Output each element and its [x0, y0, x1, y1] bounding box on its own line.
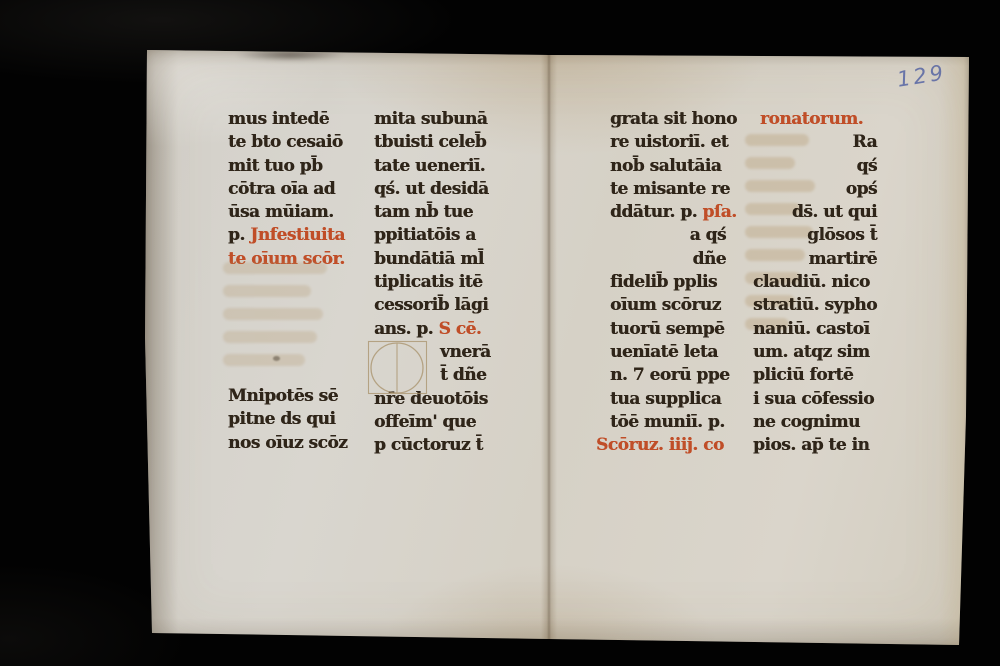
text-segment: p cūctoruz t̄ — [374, 435, 483, 455]
text-segment: tam nb̄ tue — [374, 202, 473, 222]
text-segment: claudiū. nico — [753, 272, 870, 292]
text-segment: cessorib̄ lāgi — [374, 295, 488, 315]
manuscript-text-line: stratiū. sypho — [753, 294, 893, 317]
manuscript-text-line: Scōruz. iiij. co — [596, 434, 742, 457]
folio-number: 129 — [895, 60, 947, 91]
manuscript-text-line: tam nb̄ tue — [374, 201, 546, 224]
text-segment: re uistoriī. et — [610, 132, 728, 152]
manuscript-text-line: opś — [753, 178, 893, 201]
manuscript-text-line: tiplicatis itē — [374, 271, 546, 294]
top-edge-smudge — [235, 49, 345, 61]
text-segment: ans. p. — [374, 319, 439, 339]
text-segment: i sua cōfessio — [753, 389, 874, 409]
manuscript-text-line: fidelib̄ pplis — [610, 271, 742, 294]
text-segment: pliciū fortē — [753, 365, 853, 385]
show-through-row — [223, 331, 317, 343]
text-segment: oīum scōruz — [610, 295, 721, 315]
manuscript-text-line: pliciū fortē — [753, 364, 893, 387]
manuscript-text-line: ronatorum. — [753, 108, 893, 131]
text-segment: te misante re — [610, 179, 730, 199]
text-segment: pitne ds qui — [228, 409, 335, 429]
manuscript-text-line: tuorū sempē — [610, 318, 742, 341]
text-segment: Jnfestiuita — [250, 225, 345, 245]
text-segment: tua supplica — [610, 389, 721, 409]
manuscript-text-line: re uistoriī. et — [610, 131, 742, 154]
text-segment: qś — [857, 156, 877, 176]
manuscript-text-line: ddātur. p. pſa. — [610, 201, 742, 224]
manuscript-text-line: tbuisti celeb̄ — [374, 131, 546, 154]
manuscript-text-line: nob̄ salutāia — [610, 155, 742, 178]
text-column-left-inner: mita subunātbuisti celeb̄tate ueneriī.qś… — [374, 108, 546, 457]
manuscript-text-line: n. 7 eorū ppe — [610, 364, 742, 387]
text-segment: t̄ dñe — [440, 365, 486, 385]
text-segment: mita subunā — [374, 109, 487, 129]
manuscript-text-line: Mnipotēs sē — [228, 385, 370, 408]
text-segment: uenīatē leta — [610, 342, 718, 362]
text-segment: ddātur. p. — [610, 202, 702, 222]
text-column-left-outer-bottom: Mnipotēs sēpitne ds quinos oīuz scōz — [228, 385, 370, 455]
manuscript-photo: mus intedēte bto cesaiōmit tuo pb̄cōtra … — [0, 0, 1000, 666]
text-segment: ne cognimu — [753, 412, 860, 432]
manuscript-text-line: ppitiatōis a — [374, 224, 546, 247]
manuscript-text-line: nos oīuz scōz — [228, 432, 370, 455]
text-segment: te bto cesaiō — [228, 132, 343, 152]
text-segment: a qś — [690, 225, 726, 245]
manuscript-text-line: ne cognimu — [753, 411, 893, 434]
manuscript-text-line: ds̄. ut qui — [753, 201, 893, 224]
text-segment: Mnipotēs sē — [228, 386, 338, 406]
text-segment: naniū. castoī — [753, 319, 869, 339]
text-segment: tōē muniī. p. — [610, 412, 725, 432]
text-segment: Ra — [852, 132, 877, 152]
manuscript-text-line: martirē — [753, 248, 893, 271]
sketched-initial-outline — [367, 340, 433, 396]
text-segment: qś. ut desidā — [374, 179, 489, 199]
text-segment: S cē. — [439, 319, 482, 339]
text-segment: p. — [228, 225, 250, 245]
text-column-right-inner: grata sit honore uistoriī. etnob̄ salutā… — [610, 108, 742, 457]
manuscript-text-line: pitne ds qui — [228, 408, 370, 431]
manuscript-text-line: claudiū. nico — [753, 271, 893, 294]
text-segment: nob̄ salutāia — [610, 156, 721, 176]
manuscript-text-line: glōsos t̄ — [753, 224, 893, 247]
text-segment: fidelib̄ pplis — [610, 272, 717, 292]
text-segment: nos oīuz scōz — [228, 433, 347, 453]
manuscript-text-line: te misante re — [610, 178, 742, 201]
manuscript-text-line: tua supplica — [610, 388, 742, 411]
manuscript-text-line: cōtra oīa ad — [228, 178, 362, 201]
manuscript-text-line: Ra — [753, 131, 893, 154]
manuscript-text-line: tōē muniī. p. — [610, 411, 742, 434]
text-segment: tbuisti celeb̄ — [374, 132, 486, 152]
text-column-left-outer-top: mus intedēte bto cesaiōmit tuo pb̄cōtra … — [228, 108, 362, 271]
show-through-row — [223, 262, 327, 274]
manuscript-text-line: oīum scōruz — [610, 294, 742, 317]
manuscript-text-line: dñe — [610, 248, 742, 271]
manuscript-text-line: qś — [753, 155, 893, 178]
show-through-row — [223, 285, 311, 297]
show-through-left — [223, 262, 338, 377]
manuscript-text-line: a qś — [610, 224, 742, 247]
manuscript-text-line: offeīm' que — [374, 411, 546, 434]
text-segment: vnerā — [440, 342, 491, 362]
text-segment: mit tuo pb̄ — [228, 156, 322, 176]
text-segment: ds̄. ut qui — [792, 202, 877, 222]
text-segment: tate ueneriī. — [374, 156, 485, 176]
manuscript-text-line: ans. p. S cē. — [374, 318, 546, 341]
book-spread: mus intedēte bto cesaiōmit tuo pb̄cōtra … — [145, 48, 972, 648]
manuscript-text-line: i sua cōfessio — [753, 388, 893, 411]
text-segment: glōsos t̄ — [807, 225, 877, 245]
manuscript-text-line: bundātiā ml̄ — [374, 248, 546, 271]
manuscript-text-line: um. atqz sim — [753, 341, 893, 364]
text-segment: stratiū. sypho — [753, 295, 877, 315]
manuscript-text-line: pios. ap̄ te in — [753, 434, 893, 457]
text-segment: bundātiā ml̄ — [374, 249, 484, 269]
text-segment: mus intedē — [228, 109, 329, 129]
text-segment: ppitiatōis a — [374, 225, 476, 245]
show-through-row — [223, 308, 323, 320]
manuscript-text-line: te bto cesaiō — [228, 131, 362, 154]
text-segment: tuorū sempē — [610, 319, 724, 339]
manuscript-text-line: cessorib̄ lāgi — [374, 294, 546, 317]
text-segment: n. 7 eorū ppe — [610, 365, 729, 385]
manuscript-text-line: mita subunā — [374, 108, 546, 131]
manuscript-text-line: qś. ut desidā — [374, 178, 546, 201]
manuscript-text-line: mus intedē — [228, 108, 362, 131]
manuscript-text-line: uenīatē leta — [610, 341, 742, 364]
manuscript-text-line: p. Jnfestiuita — [228, 224, 362, 247]
text-segment: grata sit hono — [610, 109, 737, 129]
text-segment: um. atqz sim — [753, 342, 870, 362]
manuscript-text-line: naniū. castoī — [753, 318, 893, 341]
text-segment: cōtra oīa ad — [228, 179, 335, 199]
manuscript-text-line: ūsa mūiam. — [228, 201, 362, 224]
show-through-row — [223, 354, 305, 366]
text-segment: pſa. — [702, 202, 736, 222]
text-segment: offeīm' que — [374, 412, 476, 432]
manuscript-text-line: tate ueneriī. — [374, 155, 546, 178]
text-segment: pios. ap̄ te in — [753, 435, 869, 455]
text-segment: martirē — [808, 249, 877, 269]
text-segment: ronatorum. — [760, 109, 863, 129]
manuscript-text-line: p cūctoruz t̄ — [374, 434, 546, 457]
text-segment: dñe — [692, 249, 726, 269]
text-segment: tiplicatis itē — [374, 272, 482, 292]
text-segment: Scōruz. iiij. co — [596, 435, 724, 455]
manuscript-text-line: mit tuo pb̄ — [228, 155, 362, 178]
text-segment: opś — [846, 179, 877, 199]
text-segment: ūsa mūiam. — [228, 202, 334, 222]
manuscript-text-line: grata sit hono — [610, 108, 742, 131]
text-column-right-outer: ronatorum.Raqśopśds̄. ut quiglōsos t̄mar… — [753, 108, 893, 457]
